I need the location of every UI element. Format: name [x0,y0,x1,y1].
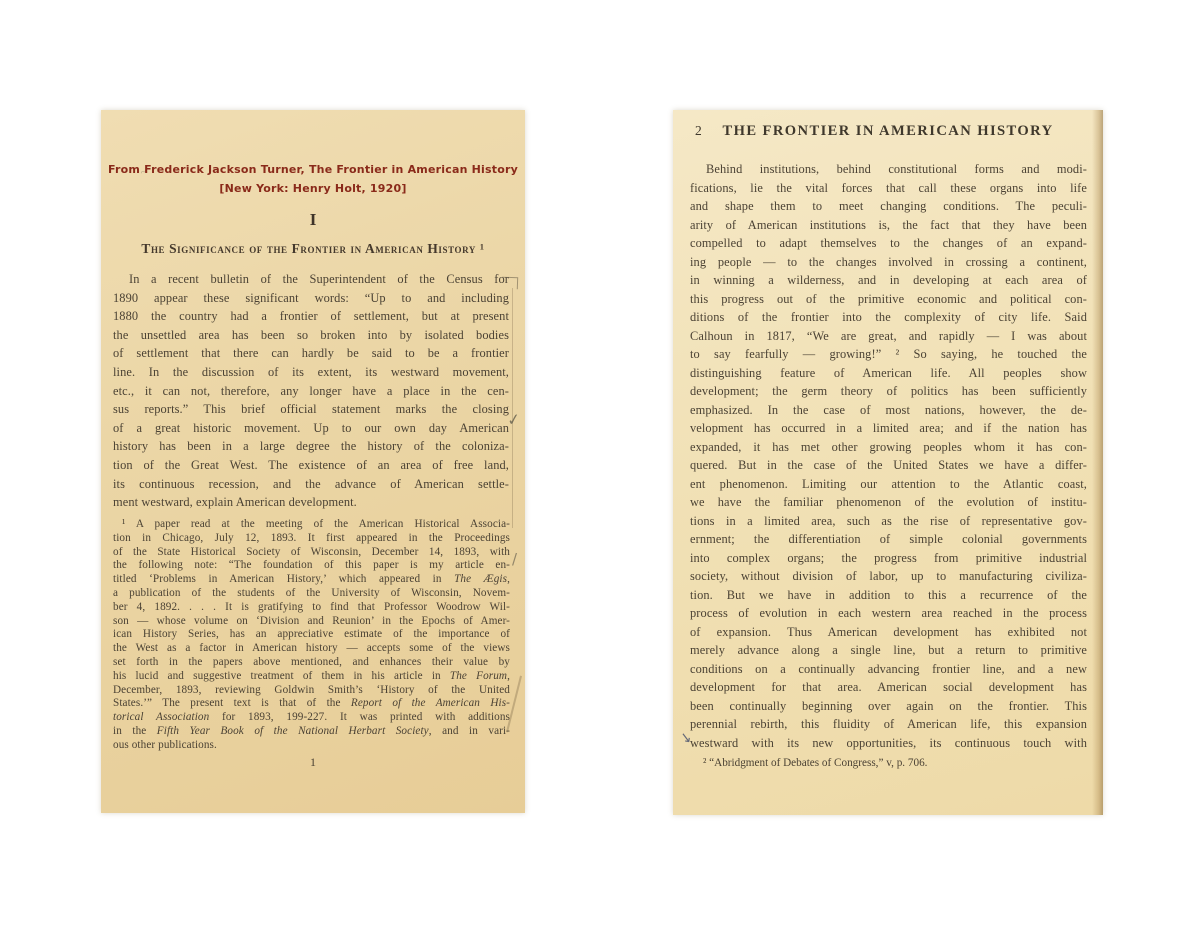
source-citation: From Frederick Jackson Turner, The Front… [101,160,525,198]
footnote-text: ² “Abridgment of Debates of Congress,” v… [703,757,1083,769]
scanned-book-spread: { "colors": { "background": "#ffffff", "… [0,0,1200,927]
chapter-title: The Significance of the Frontier in Amer… [101,241,525,257]
folio-number: 2 [695,123,702,139]
pen-slash-mark: / [512,550,517,568]
citation-line-1: From Frederick Jackson Turner, The Front… [101,160,525,179]
book-page-right: 2 THE FRONTIER IN AMERICAN HISTORY Behin… [673,110,1103,815]
footnote-text: ¹ A paper read at the meeting of the Ame… [113,518,510,753]
body-paragraph: Behind institutions, behind constitution… [690,160,1087,752]
page-crease-line [512,288,513,528]
running-header: 2 THE FRONTIER IN AMERICAN HISTORY [673,123,1103,143]
book-page-left: ~ From Frederick Jackson Turner, The Fro… [101,110,525,813]
body-paragraph: In a recent bulletin of the Superintende… [113,270,509,512]
citation-line-2: [New York: Henry Holt, 1920] [101,179,525,198]
running-title: THE FRONTIER IN AMERICAN HISTORY [673,123,1103,140]
chapter-numeral: I [101,210,525,230]
page-number: 1 [101,755,525,770]
